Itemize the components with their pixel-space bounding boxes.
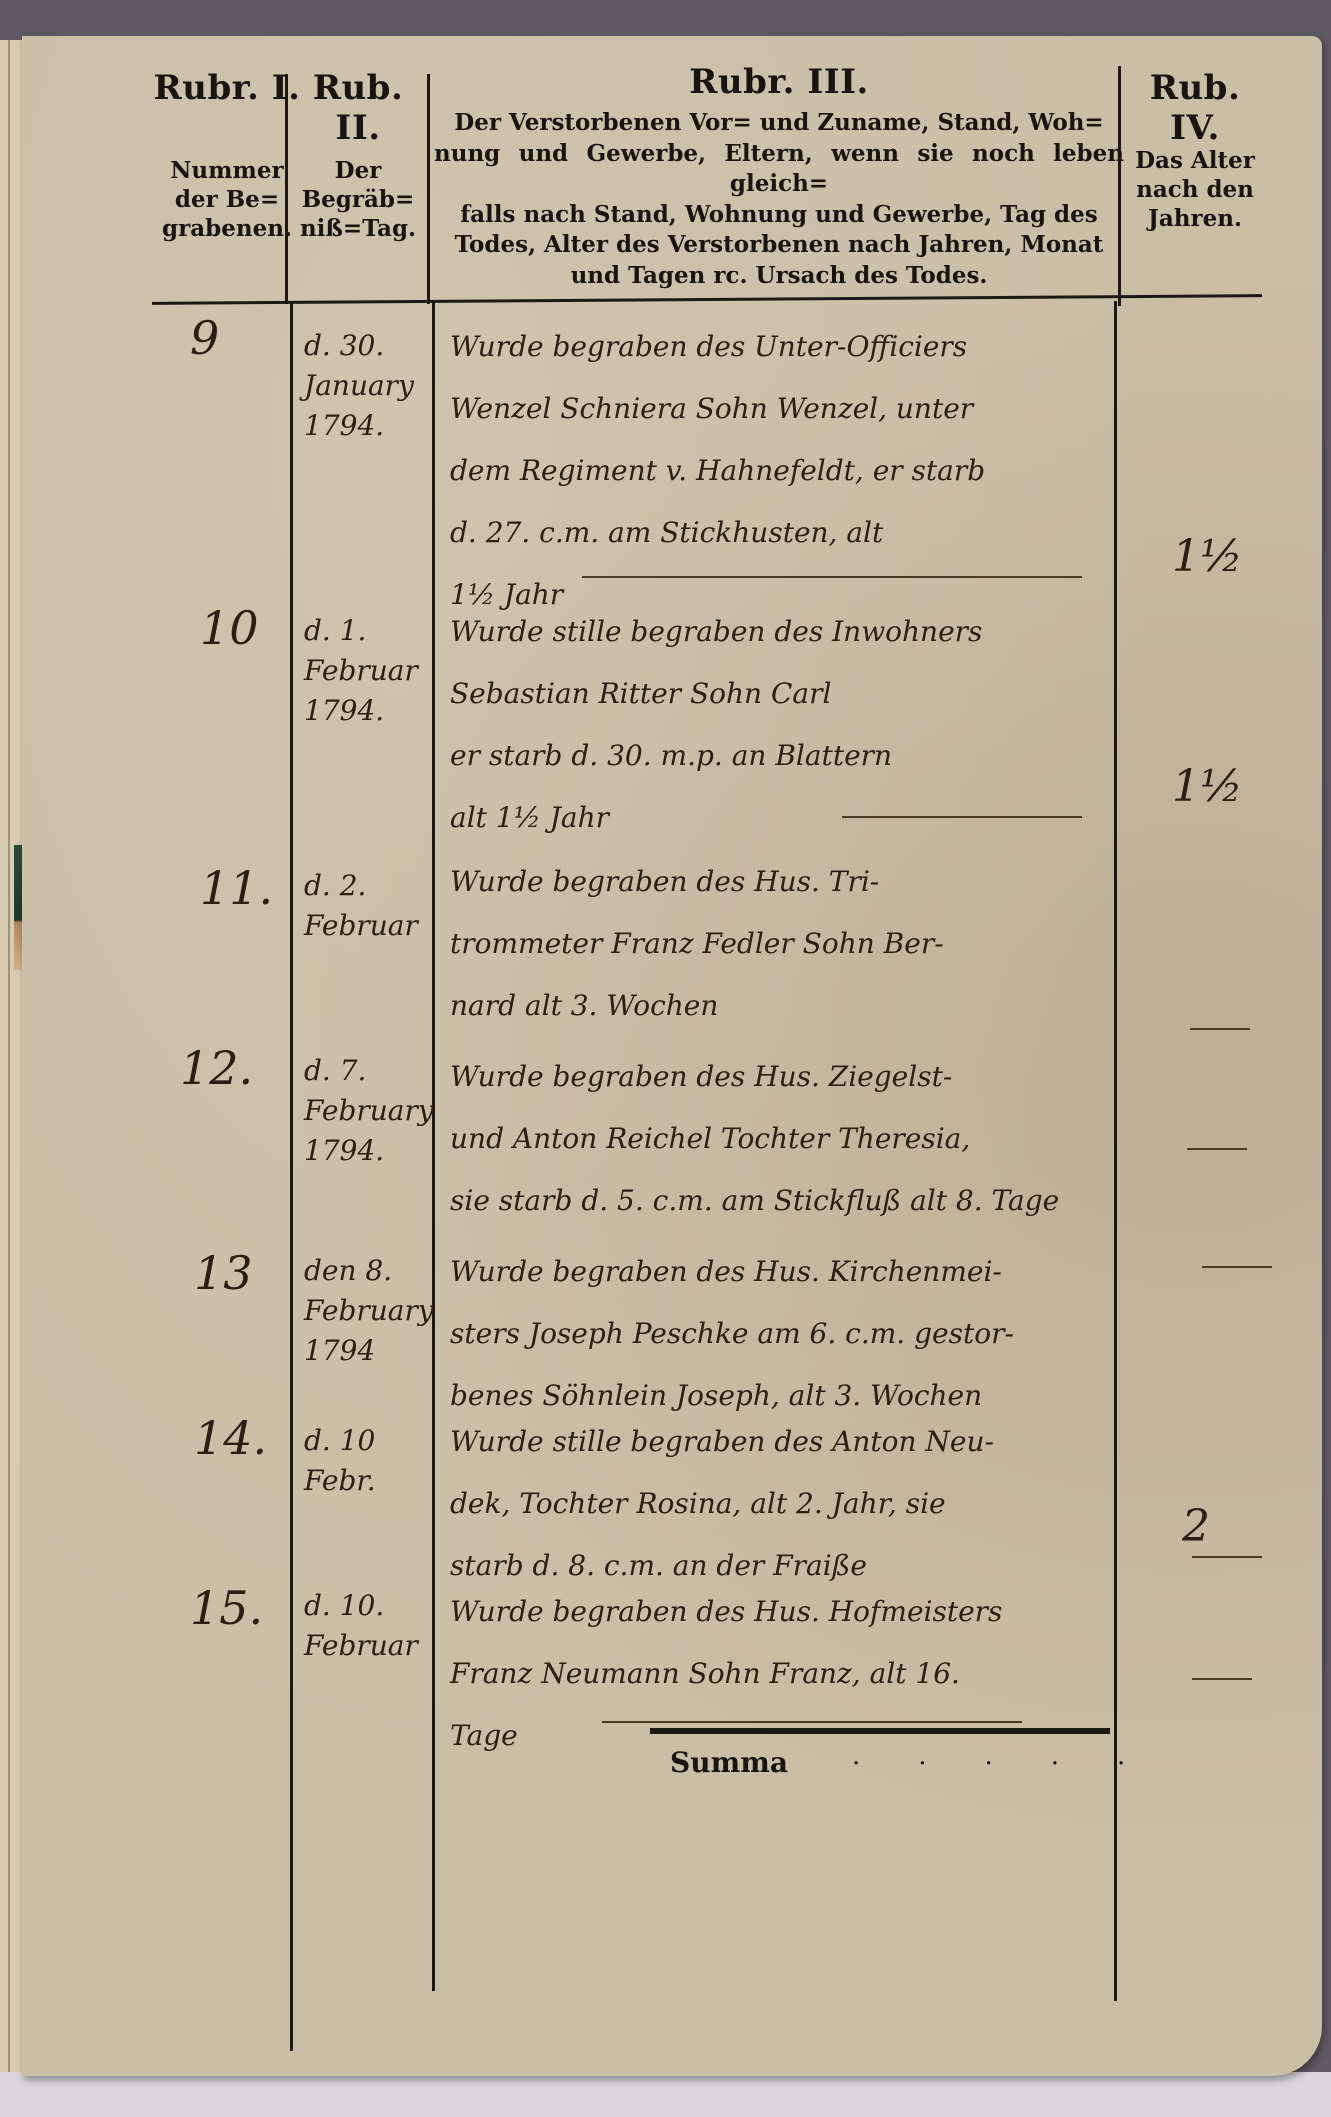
summa-label: Summa	[670, 1746, 788, 1779]
entry-age: 2	[1182, 1501, 1210, 1552]
entry-text: Wurde begraben des Unter-Officiers Wenze…	[450, 316, 1130, 626]
rubric-3-title: Rubr. III.	[434, 62, 1124, 102]
entry-age: 1½	[1172, 531, 1243, 582]
entry-text: Wurde stille begraben des Inwohners Seba…	[450, 601, 1130, 849]
rubric-3-description: Der Verstorbenen Vor= und Zuname, Stand,…	[434, 108, 1124, 291]
entry-age-dash	[1192, 1678, 1252, 1680]
entry-text: Wurde begraben des Hus. Ziegelst- und An…	[450, 1046, 1170, 1232]
summa-rule	[650, 1728, 1110, 1734]
entry-text: Wurde begraben des Hus. Hofmeisters Fran…	[450, 1581, 1130, 1767]
header-divider-2	[427, 74, 430, 304]
entry-number: 11.	[200, 861, 273, 915]
entry-date: d. 10. Februar	[304, 1586, 418, 1666]
entry-age-dash	[1187, 1148, 1247, 1150]
entry-date: den 8. February 1794	[304, 1251, 434, 1371]
entry-date: d. 2. Februar	[304, 866, 418, 946]
entry-date: d. 30. January 1794.	[304, 326, 414, 446]
entry-age-dash	[1202, 1266, 1272, 1268]
column-divider-1	[290, 301, 293, 2051]
register-page: Rubr. I. Nummer der Be= grabenen. Rub. I…	[22, 36, 1322, 2076]
entry-text: Wurde begraben des Hus. Kirchenmei- ster…	[450, 1241, 1130, 1427]
entry-age: 1½	[1172, 761, 1243, 812]
rubric-2-title: Rub. II.	[288, 68, 428, 148]
header-divider-3	[1118, 66, 1121, 306]
entry-number: 12.	[180, 1041, 253, 1095]
header-rule	[152, 294, 1262, 305]
entry-number: 15.	[190, 1581, 263, 1635]
entry-text: Wurde stille begraben des Anton Neu- dek…	[450, 1411, 1130, 1597]
entry-number: 13	[194, 1246, 253, 1300]
summa-leader-dots: .....	[852, 1741, 1183, 1771]
rubric-4-title: Rub. IV.	[1120, 68, 1270, 148]
rubric-2-description: Der Begräb= niß=Tag.	[288, 156, 428, 243]
entry-date: d. 10 Febr.	[304, 1421, 376, 1501]
header-divider-1	[285, 74, 288, 304]
entry-number: 9	[190, 311, 219, 365]
entry-number: 14.	[194, 1411, 267, 1465]
background-surface	[0, 2072, 1331, 2117]
entry-number: 10	[200, 601, 259, 655]
entry-date: d. 7. February 1794.	[304, 1051, 434, 1171]
rubric-4-description: Das Alter nach den Jahren.	[1120, 146, 1270, 233]
entry-date: d. 1. Februar 1794.	[304, 611, 418, 731]
entry-age-dash	[1190, 1028, 1250, 1030]
entry-text: Wurde begraben des Hus. Tri- trommeter F…	[450, 851, 1130, 1037]
